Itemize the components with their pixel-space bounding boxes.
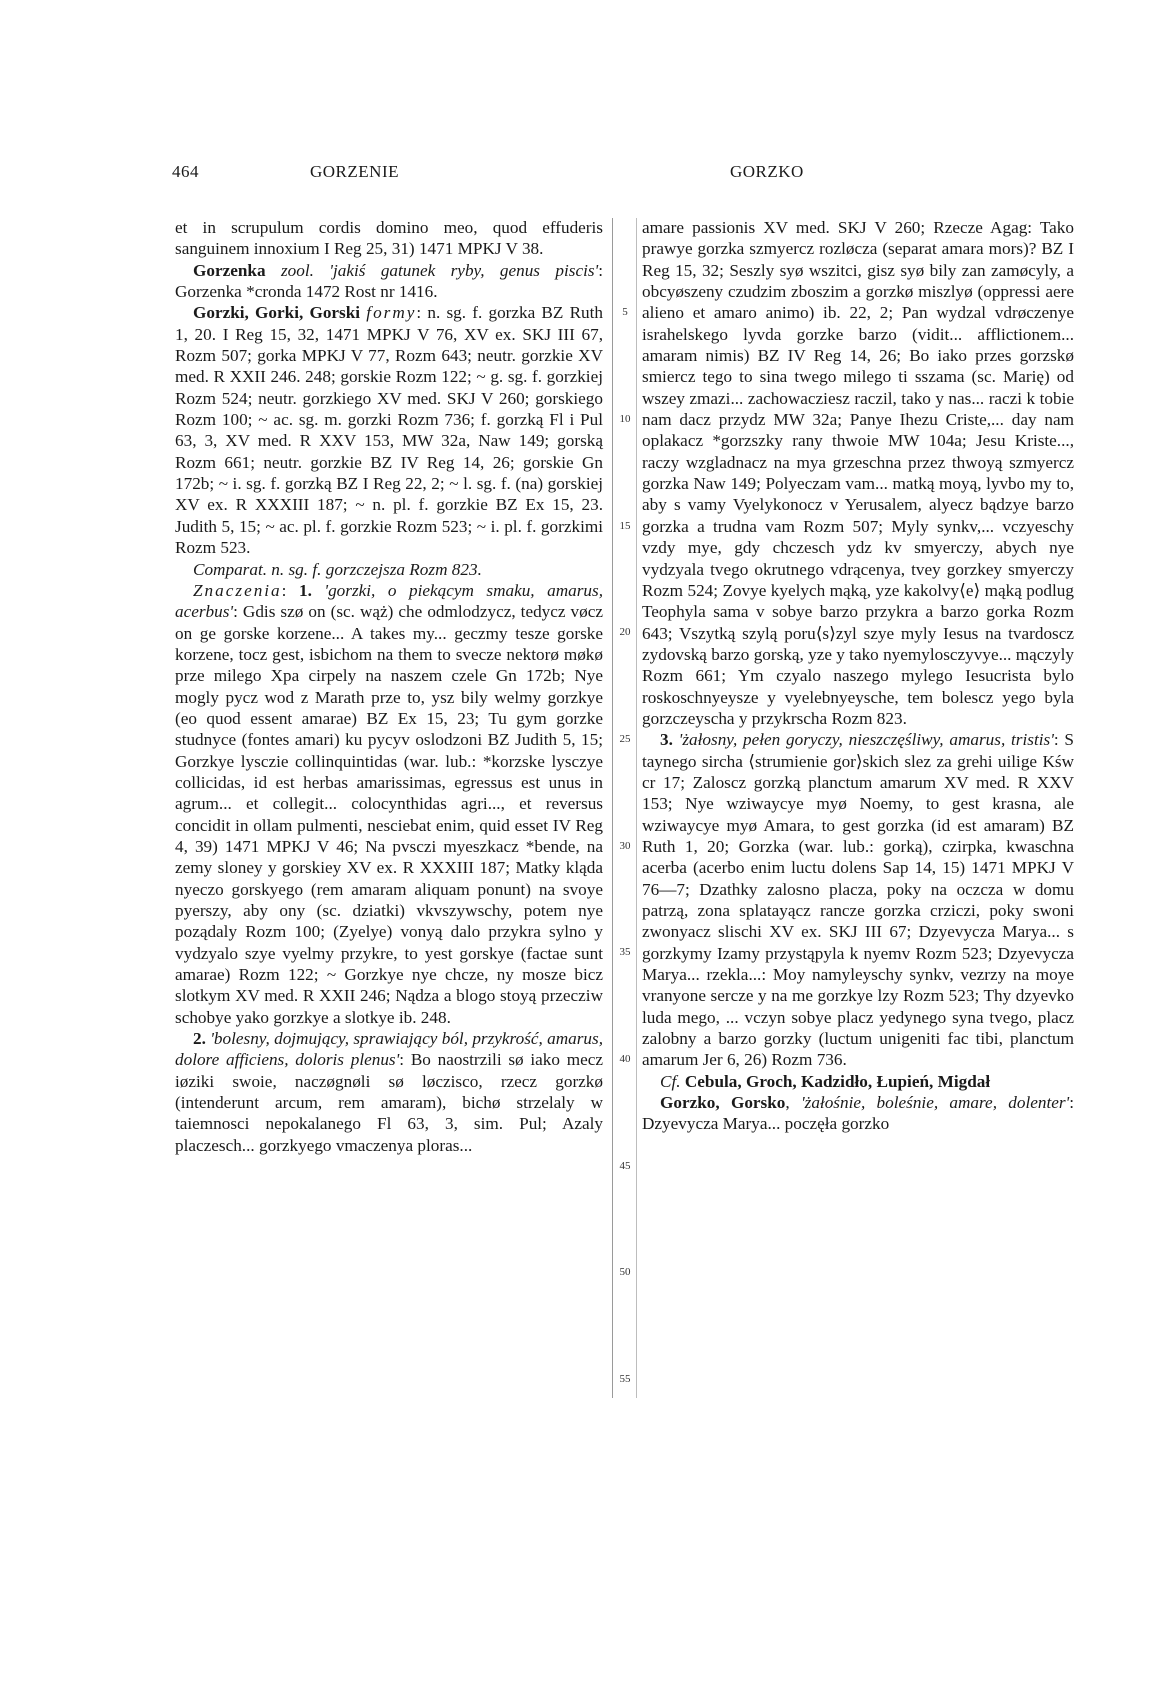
- page-number: 464: [172, 162, 199, 182]
- line-number: 40: [616, 1049, 634, 1070]
- line-number: 25: [616, 729, 634, 750]
- left-running-headword: GORZENIE: [310, 162, 399, 182]
- running-header: 464 GORZENIE GORZKO: [172, 162, 902, 186]
- line-number: 45: [616, 1156, 634, 1177]
- line-number: 20: [616, 622, 634, 643]
- cf-label: Cf.: [660, 1072, 681, 1091]
- line-number: 30: [616, 836, 634, 857]
- right-running-headword: GORZKO: [730, 162, 804, 182]
- cross-reference-list: Cebula, Groch, Kadzidło, Łupień, Migdał: [685, 1072, 990, 1091]
- entry-gorzki: Gorzki, Gorki, Gorski formy: n. sg. f. g…: [175, 302, 603, 558]
- entry-gorzenka: Gorzenka zool. 'jakiś gatunek ryby, genu…: [175, 260, 603, 303]
- line-number: 55: [616, 1369, 634, 1390]
- sense-1: Znaczenia: 1. 'gorzki, o piekącym smaku,…: [175, 580, 603, 1028]
- line-number: 5: [616, 302, 634, 323]
- entry-gorzko: Gorzko, Gorsko, 'żałośnie, boleśnie, ama…: [642, 1092, 1074, 1135]
- sense-number: 1.: [299, 581, 312, 600]
- headword: Gorzenka: [193, 261, 266, 280]
- sense-text: : S taynego sircha ⟨strumienie gor⟩skich…: [642, 730, 1074, 1069]
- gloss: 'żałośnie, boleśnie, amare, dolenter': [801, 1093, 1069, 1112]
- headword: Gorzko, Gorsko: [660, 1093, 785, 1112]
- sense-2: 2. 'bolesny, dojmujący, sprawiający ból,…: [175, 1028, 603, 1156]
- cross-reference: Cf. Cebula, Groch, Kadzidło, Łupień, Mig…: [642, 1071, 1074, 1092]
- forms-text: n. sg. f. gorzka BZ Ruth 1, 20. I Reg 15…: [175, 303, 603, 557]
- line-number: 50: [616, 1262, 634, 1283]
- line-number: 10: [616, 409, 634, 430]
- line-number: 15: [616, 516, 634, 537]
- left-column: et in scrupulum cordis domino meo, quod …: [175, 217, 603, 1156]
- sense-number: 2.: [193, 1029, 206, 1048]
- column-divider: [612, 218, 613, 1398]
- sense-number: 3.: [660, 730, 673, 749]
- headword: Gorzki, Gorki, Gorski: [193, 303, 360, 322]
- sense-3: 3. 'żałosny, pełen goryczy, nieszczęśliw…: [642, 729, 1074, 1071]
- line-number: 35: [616, 942, 634, 963]
- dictionary-page: 464 GORZENIE GORZKO et in scrupulum cord…: [0, 0, 1169, 1692]
- usage-label: zool.: [281, 261, 314, 280]
- znaczenia-label: Znaczenia: [193, 581, 282, 600]
- formy-label: formy: [366, 303, 416, 322]
- gloss: 'jakiś gatunek ryby, genus piscis': [329, 261, 598, 280]
- gloss: 'żałosny, pełen goryczy, nieszczęśliwy, …: [679, 730, 1054, 749]
- sense-text: : Gdis szø on (sc. wąż) che odmlodzycz, …: [175, 602, 603, 1027]
- column-divider-inner: [636, 218, 637, 1398]
- continued-paragraph: et in scrupulum cordis domino meo, quod …: [175, 217, 603, 260]
- comparative-forms: Comparat. n. sg. f. gorzczejsza Rozm 823…: [175, 559, 603, 580]
- right-column: amare passionis XV med. SKJ V 260; Rzecz…: [642, 217, 1074, 1135]
- continued-paragraph: amare passionis XV med. SKJ V 260; Rzecz…: [642, 217, 1074, 729]
